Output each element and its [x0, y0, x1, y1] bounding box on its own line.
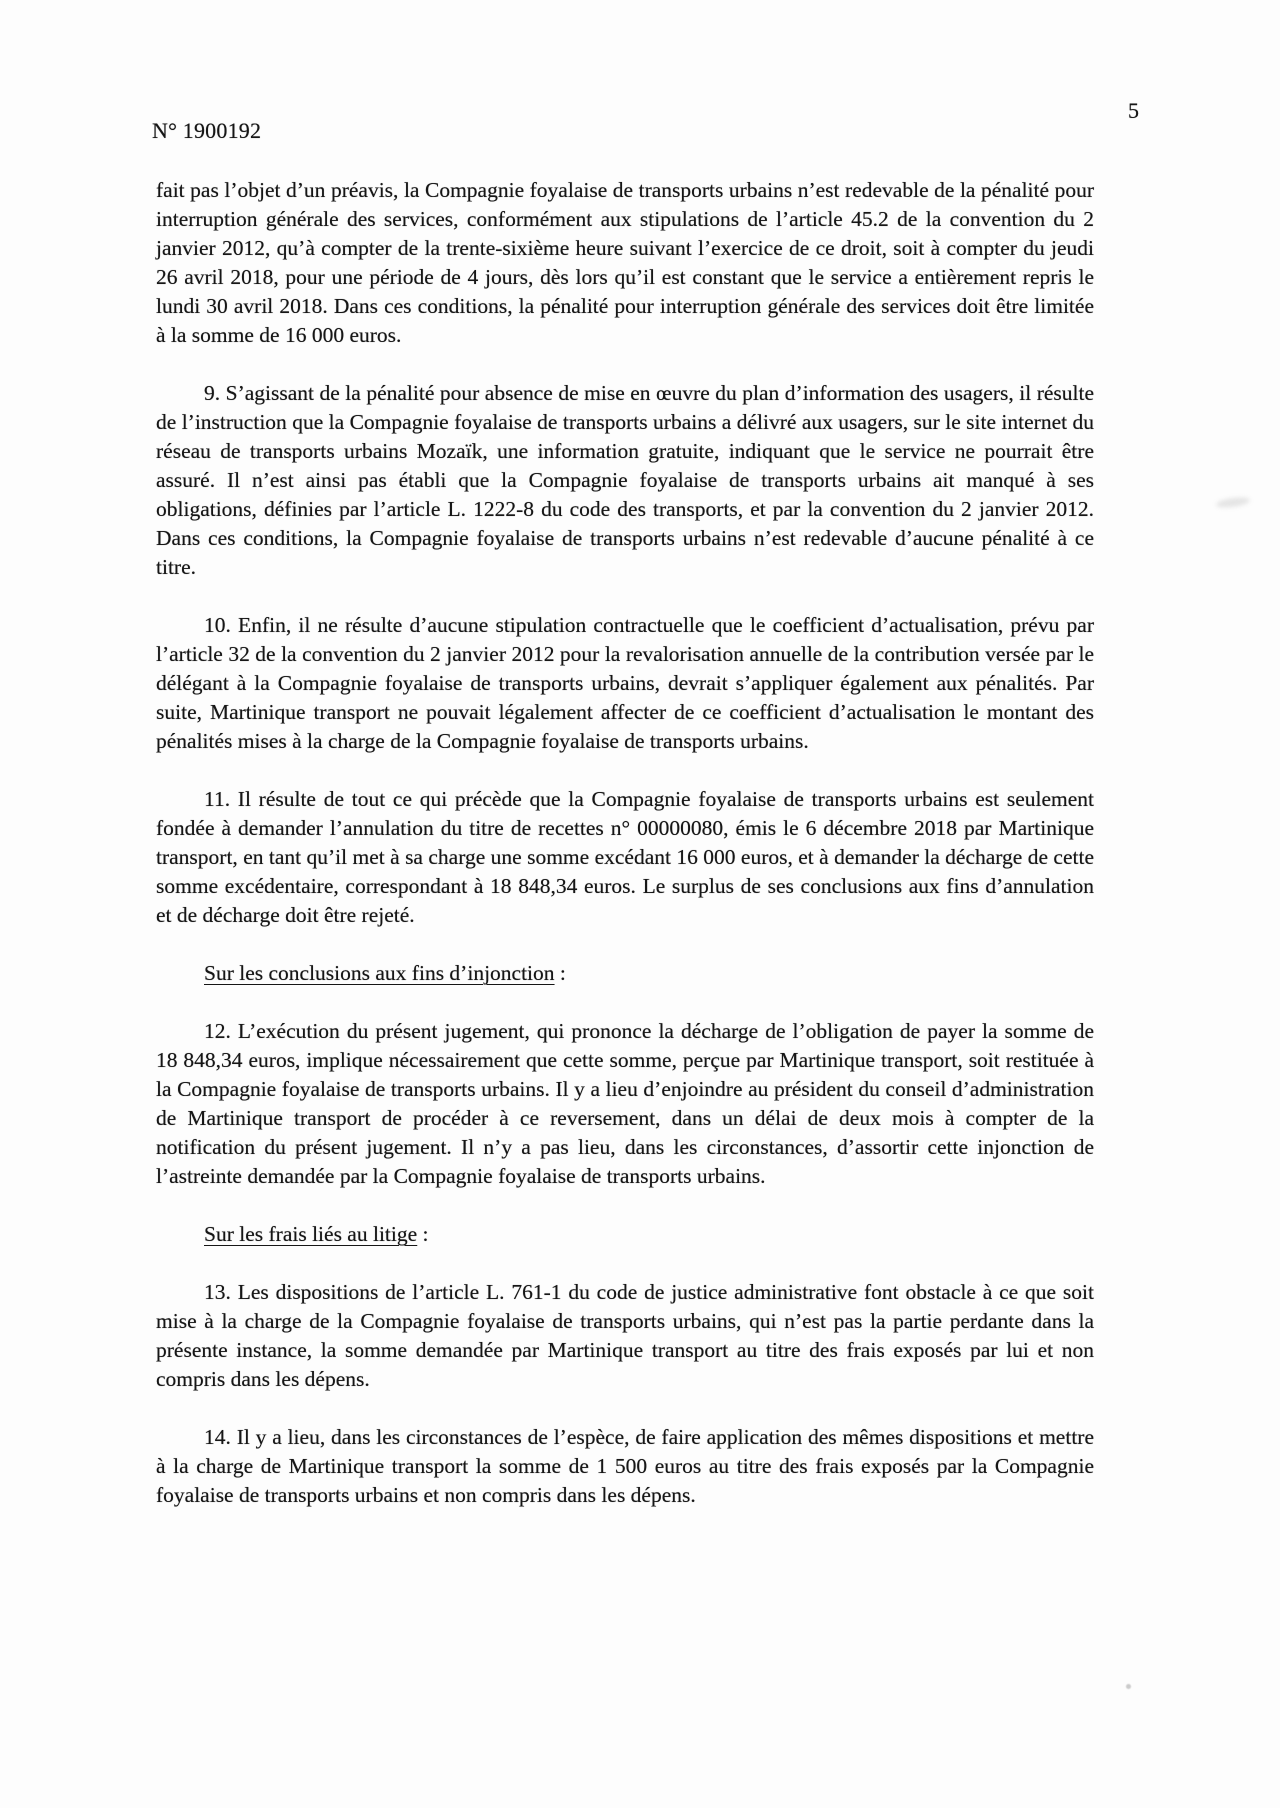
section-heading: Sur les conclusions aux fins d’injonctio… [204, 959, 1094, 988]
section-heading: Sur les frais liés au litige : [204, 1220, 1094, 1249]
document-body: fait pas l’objet d’un préavis, la Compag… [156, 176, 1094, 1539]
paragraph: 12. L’exécution du présent jugement, qui… [156, 1017, 1094, 1191]
section-heading-colon: : [417, 1222, 428, 1246]
paragraph: fait pas l’objet d’un préavis, la Compag… [156, 176, 1094, 350]
document-page: N° 1900192 5 fait pas l’objet d’un préav… [0, 0, 1280, 1808]
paragraph: 13. Les dispositions de l’article L. 761… [156, 1278, 1094, 1394]
scan-artifact [1216, 496, 1251, 510]
section-heading-text: Sur les conclusions aux fins d’injonctio… [204, 961, 555, 985]
section-heading-text: Sur les frais liés au litige [204, 1222, 417, 1246]
paragraph: 14. Il y a lieu, dans les circonstances … [156, 1423, 1094, 1510]
case-number: N° 1900192 [152, 118, 261, 144]
paragraph: 11. Il résulte de tout ce qui précède qu… [156, 785, 1094, 930]
paragraph: 9. S’agissant de la pénalité pour absenc… [156, 379, 1094, 582]
section-heading-colon: : [555, 961, 566, 985]
paragraph: 10. Enfin, il ne résulte d’aucune stipul… [156, 611, 1094, 756]
page-number: 5 [1128, 98, 1139, 124]
scan-artifact [1126, 1684, 1131, 1689]
